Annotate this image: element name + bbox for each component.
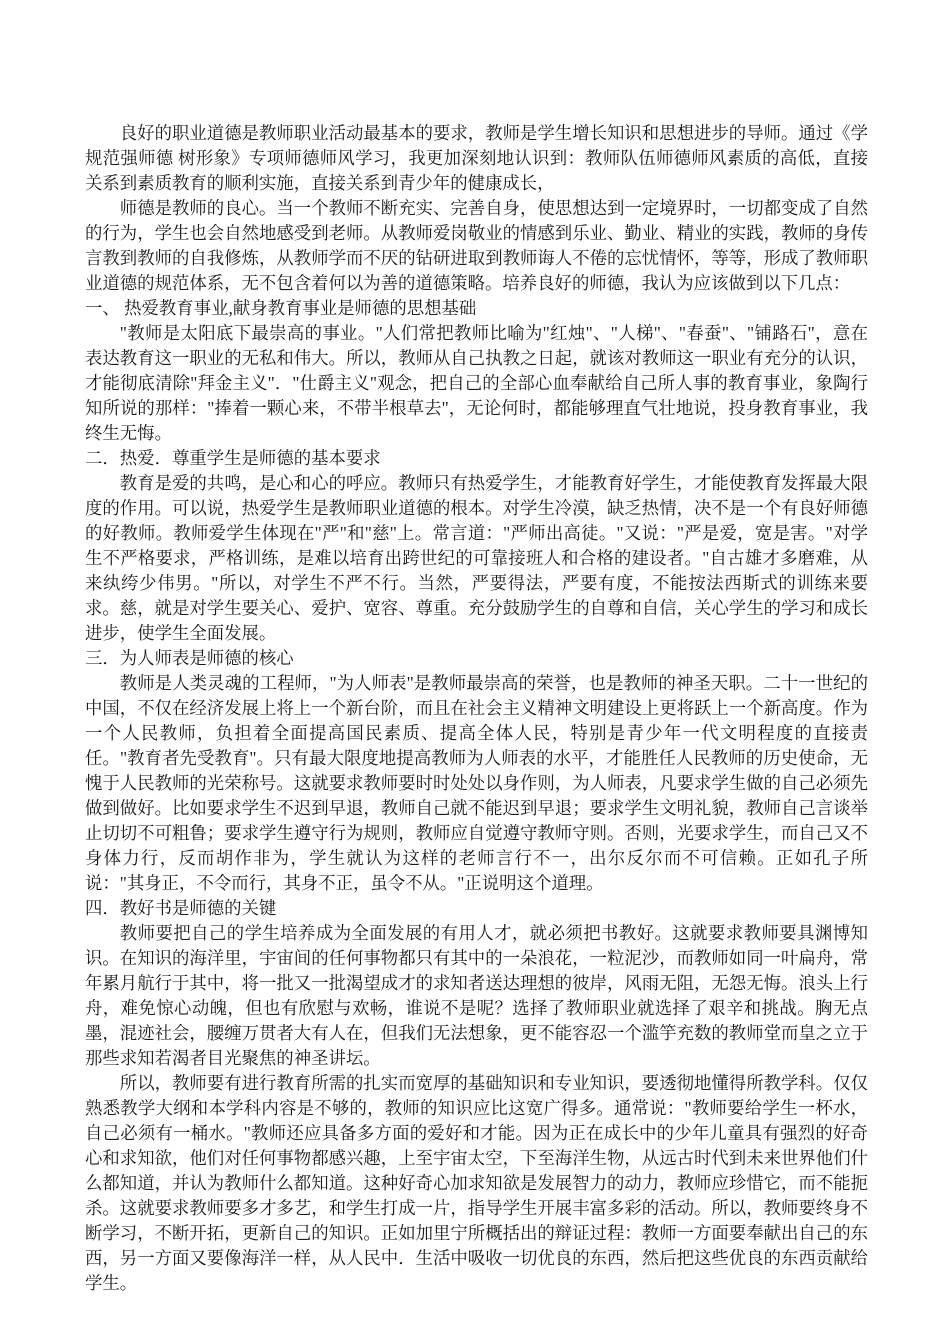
paragraph-section-1: "教师是太阳底下最崇高的事业。"人们常把教师比喻为"红烛"、"人梯"、"春蚕"、… bbox=[85, 321, 868, 446]
section-heading-4: 四．教好书是师德的关键 bbox=[85, 896, 868, 921]
section-heading-2: 二．热爱．尊重学生是师德的基本要求 bbox=[85, 446, 868, 471]
section-heading-1: 一、 热爱教育事业,献身教育事业是师德的思想基础 bbox=[85, 296, 868, 321]
paragraph-section-2: 教育是爱的共鸣，是心和心的呼应。教师只有热爱学生，才能教育好学生，才能使教育发挥… bbox=[85, 471, 868, 646]
document-body: 良好的职业道德是教师职业活动最基本的要求，教师是学生增长知识和思想进步的导师。通… bbox=[85, 121, 868, 1296]
paragraph-intro: 良好的职业道德是教师职业活动最基本的要求，教师是学生增长知识和思想进步的导师。通… bbox=[85, 121, 868, 196]
paragraph-section-3: 教师是人类灵魂的工程师，"为人师表"是教师最崇高的荣誉，也是教师的神圣天职。二十… bbox=[85, 671, 868, 896]
section-heading-3: 三．为人师表是师德的核心 bbox=[85, 646, 868, 671]
paragraph-shide-liangxin: 师德是教师的良心。当一个教师不断充实、完善自身，使思想达到一定境界时，一切都变成… bbox=[85, 196, 868, 296]
paragraph-section-4a: 教师要把自己的学生培养成为全面发展的有用人才，就必须把书教好。这就要求教师要具渊… bbox=[85, 921, 868, 1071]
document-page: 良好的职业道德是教师职业活动最基本的要求，教师是学生增长知识和思想进步的导师。通… bbox=[0, 0, 950, 1344]
paragraph-section-4b: 所以，教师要有进行教育所需的扎实而宽厚的基础知识和专业知识，要透彻地懂得所教学科… bbox=[85, 1071, 868, 1296]
